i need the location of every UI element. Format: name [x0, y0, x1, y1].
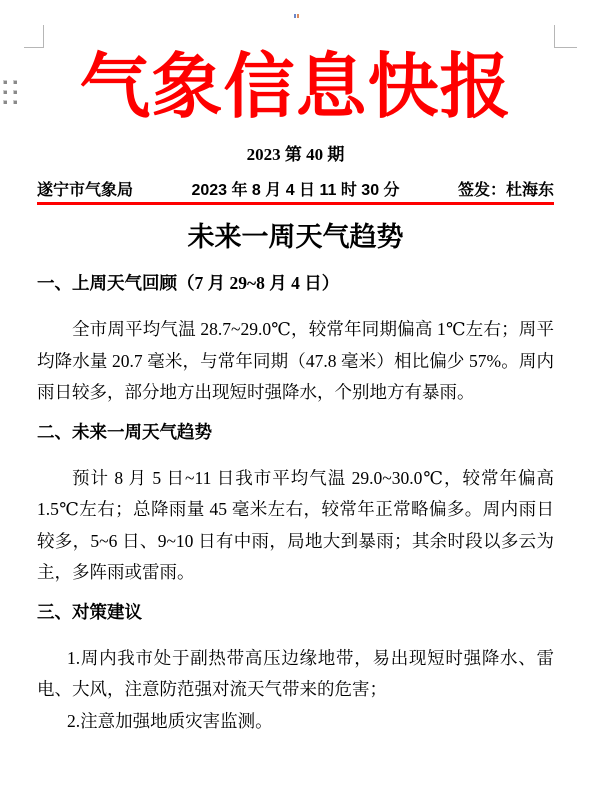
dot: [3, 100, 7, 104]
issue-number: 2023 第 40 期: [37, 145, 554, 164]
section-3-heading: 三、对策建议: [37, 603, 554, 622]
agency-name: 遂宁市气象局: [37, 181, 133, 200]
dot: [3, 80, 7, 84]
drag-handle-dots-icon[interactable]: [3, 80, 17, 104]
issuer-signoff: 签发：杜海东: [458, 181, 554, 200]
section-2-heading: 二、未来一周天气趋势: [37, 423, 554, 442]
dot: [13, 90, 17, 94]
masthead-title: 气象信息快报: [37, 46, 554, 130]
section-3-item-1: 1.周内我市处于副热带高压边缘地带，易出现短时强降水、雷电、大风，注意防范强对流…: [37, 643, 554, 706]
section-2-paragraph: 预计 8 月 5 日~11 日我市平均气温 29.0~30.0℃，较常年偏高 1…: [37, 463, 554, 589]
issue-datetime: 2023 年 8 月 4 日 11 时 30 分: [191, 181, 399, 200]
document-page: 气象信息快报 2023 第 40 期 遂宁市气象局 2023 年 8 月 4 日…: [0, 0, 592, 798]
dot: [13, 80, 17, 84]
dot: [3, 90, 7, 94]
dot: [13, 100, 17, 104]
section-1-heading: 一、上周天气回顾（7 月 29~8 月 4 日）: [37, 274, 554, 293]
document-content: 气象信息快报 2023 第 40 期 遂宁市气象局 2023 年 8 月 4 日…: [37, 0, 554, 737]
document-header-bar: 遂宁市气象局 2023 年 8 月 4 日 11 时 30 分 签发：杜海东: [37, 181, 554, 205]
section-1-paragraph: 全市周平均气温 28.7~29.0℃，较常年同期偏高 1℃左右；周平均降水量 2…: [37, 314, 554, 409]
document-title: 未来一周天气趋势: [37, 222, 554, 252]
section-3-item-2: 2.注意加强地质灾害监测。: [37, 706, 554, 738]
text-boundary-mark-top-right-icon: [554, 25, 577, 48]
